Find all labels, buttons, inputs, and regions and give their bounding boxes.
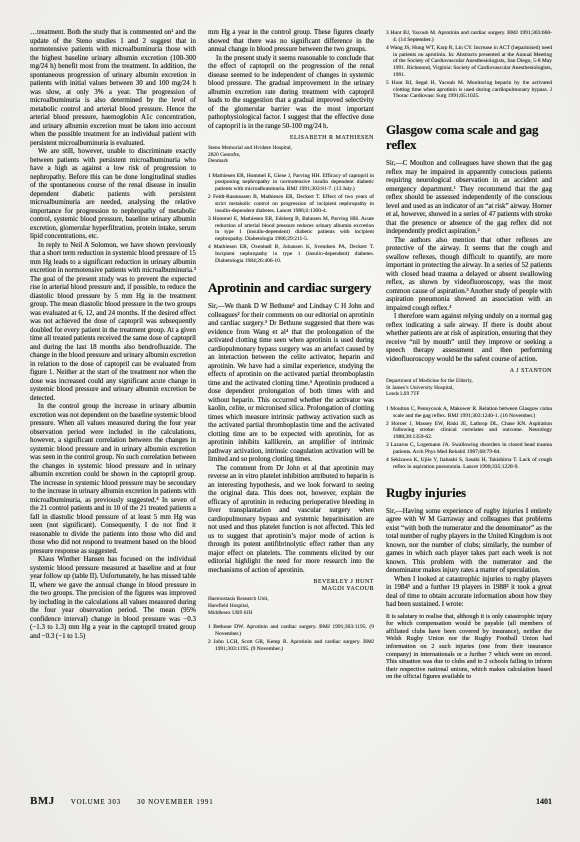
address-line: Middlesex UB9 6JH	[208, 610, 374, 617]
column-2: mm Hg a year in the control group. These…	[208, 28, 374, 681]
reference-item: 1 Mathiesen ER, Hommel E, Giese J, Parvi…	[208, 173, 374, 193]
aprotinin-paragraph: Sir,—We thank D W Bethune¹ and Lindsay C…	[208, 302, 374, 464]
captopril-paragraph: mm Hg a year in the control group. These…	[208, 28, 374, 54]
aprotinin-letter-title: Aprotinin and cardiac surgery	[208, 280, 374, 295]
captopril-address: Steno Memorial and Hvidøre Hospital, 282…	[208, 145, 374, 165]
captopril-references: 1 Mathiesen ER, Hommel E, Giese J, Parvi…	[208, 173, 374, 265]
glasgow-address: Department of Medicine for the Elderly, …	[386, 378, 552, 398]
reference-item: 4 Wang JS, Hung WT, Karp R, Lin CY. Incr…	[386, 45, 552, 79]
reference-item: 2 Horner J, Massey EW, Riski JE, Lathrop…	[386, 421, 552, 441]
aprotinin-references-col2: 1 Bethune DW. Aprotinin and cardiac surg…	[208, 624, 374, 652]
glasgow-signature: A J STANTON	[386, 368, 552, 374]
captopril-paragraph: In the control group the increase in uri…	[30, 402, 196, 555]
aprotinin-references-col3: 3 Hunt BJ, Yacoub M. Aprotinin and cardi…	[386, 30, 552, 100]
captopril-paragraph: In reply to Neil A Solomon, we have show…	[30, 241, 196, 403]
glasgow-paragraph: The authors also mention that other refl…	[386, 236, 552, 313]
glasgow-letter-title: Glasgow coma scale and gag reflex	[386, 122, 552, 152]
reference-item: 2 John LCH, Scott GR, Kemp R. Aprotinin …	[208, 639, 374, 652]
journal-page: …treatment. Both the study that is comme…	[0, 0, 580, 842]
reference-item: 4 Mathiesen ER, Oxenbøll B, Johansen K, …	[208, 244, 374, 264]
rugby-letter-title: Rugby injuries	[386, 485, 552, 500]
glasgow-references: 1 Moulton C, Pennycook A, Makower R. Rel…	[386, 406, 552, 471]
volume-label: VOLUME 303	[71, 798, 121, 806]
captopril-paragraph: In the present study it seems reasonable…	[208, 54, 374, 131]
column-3: 3 Hunt BJ, Yacoub M. Aprotinin and cardi…	[386, 28, 552, 681]
captopril-paragraph: We are still, however, unable to discrim…	[30, 147, 196, 241]
issue-date: 30 NOVEMBER 1991	[137, 798, 214, 806]
captopril-paragraph: Klaus Winther Hansen has focused on the …	[30, 555, 196, 640]
reference-item: 2 Feldt-Rasmussen B, Mathiesen ER, Decke…	[208, 194, 374, 214]
address-line: Department of Medicine for the Elderly,	[386, 378, 552, 385]
rugby-paragraph: When I looked at catastrophic injuries t…	[386, 575, 552, 609]
reference-item: 3 Hunt BJ, Yacoub M. Aprotinin and cardi…	[386, 30, 552, 43]
reference-item: 5 Hunt BJ, Segal H, Yacoub M. Monitoring…	[386, 80, 552, 100]
aprotinin-signature: MAGDI YACOUB	[208, 586, 374, 592]
captopril-paragraph: …treatment. Both the study that is comme…	[30, 28, 196, 147]
reference-item: 3 Lazarus C, Logemann JA. Swallowing dis…	[386, 442, 552, 455]
address-line: 2820 Gentofte,	[208, 152, 374, 159]
rugby-paragraph: Sir,—Having some experience of rugby inj…	[386, 507, 552, 575]
reference-item: 4 Sekizawa K, Ujiie Y, Itabashi S, Sasak…	[386, 457, 552, 470]
aprotinin-signature: BEVERLEY J HUNT	[208, 579, 374, 585]
aprotinin-paragraph: The comment from Dr John et al that apro…	[208, 464, 374, 575]
page-number: 1401	[536, 797, 552, 806]
reference-item: 1 Moulton C, Pennycook A, Makower R. Rel…	[386, 406, 552, 419]
glasgow-paragraph: Sir,—C Moulton and colleagues have shown…	[386, 159, 552, 236]
aprotinin-address: Haemostasis Research Unit, Harefield Hos…	[208, 596, 374, 616]
page-footer: BMJ VOLUME 303 30 NOVEMBER 1991 1401	[30, 795, 552, 807]
reference-item: 3 Hommel E, Mathiesen ER, Edsberg B, Bah…	[208, 216, 374, 243]
address-line: Harefield Hospital,	[208, 603, 374, 610]
journal-name: BMJ	[30, 795, 55, 807]
column-1: …treatment. Both the study that is comme…	[30, 28, 196, 681]
address-line: Denmark	[208, 158, 374, 165]
rugby-block-quote: It is salutary to realise that, although…	[386, 613, 552, 681]
address-line: Steno Memorial and Hvidøre Hospital,	[208, 145, 374, 152]
letters-columns: …treatment. Both the study that is comme…	[30, 28, 552, 681]
captopril-signature: ELISABETH R MATHIESEN	[208, 135, 374, 141]
address-line: Leeds LS9 7TF	[386, 391, 552, 398]
glasgow-paragraph: I therefore warn against relying unduly …	[386, 312, 552, 363]
reference-item: 1 Bethune DW. Aprotinin and cardiac surg…	[208, 624, 374, 637]
